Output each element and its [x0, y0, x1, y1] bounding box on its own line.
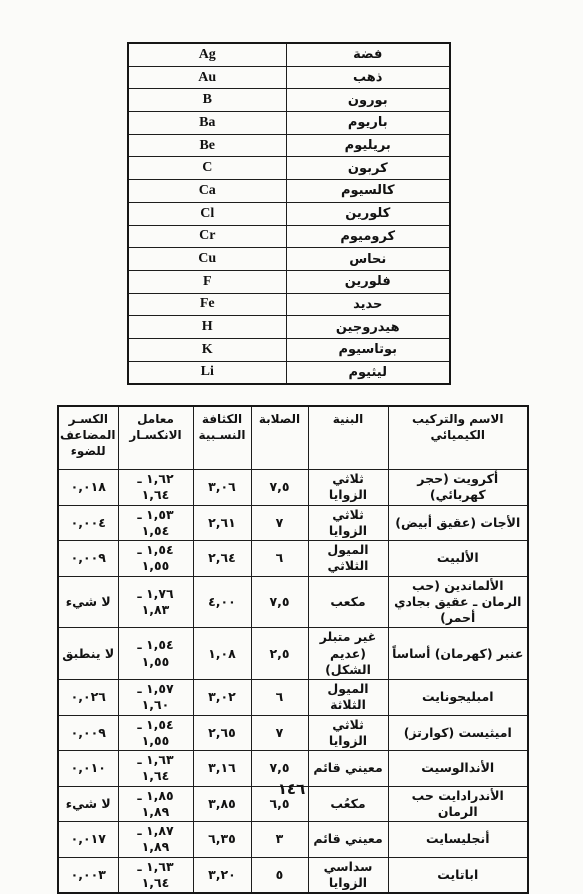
mineral-structure: ثلاثي الزوايا [308, 470, 388, 506]
element-symbol: Be [128, 134, 286, 157]
mineral-name: الأجات (عقيق أبيض) [388, 505, 528, 541]
element-row: Ag فضة [128, 43, 450, 66]
element-name-arabic: بريليوم [286, 134, 450, 157]
mineral-name: اباتايت [388, 857, 528, 893]
element-row: C كربون [128, 157, 450, 180]
element-symbol: Cr [128, 225, 286, 248]
mineral-density: ١,٠٨ [193, 628, 251, 680]
element-symbol: Ca [128, 180, 286, 203]
mineral-birefringence: لا ينطبق [58, 628, 118, 680]
element-name-arabic: كروميوم [286, 225, 450, 248]
mineral-density: ٤,٠٠ [193, 576, 251, 628]
element-row: Au ذهب [128, 66, 450, 89]
mineral-refractive-index: ١,٨٧ ـ ١,٨٩ [118, 822, 193, 858]
element-symbol: K [128, 338, 286, 361]
mineral-density: ٣,٠٢ [193, 680, 251, 716]
mineral-refractive-index: ١,٦٣ ـ ١,٦٤ [118, 857, 193, 893]
element-row: H هيدروجين [128, 316, 450, 339]
mineral-name: عنبر (كهرمان) أساساً [388, 628, 528, 680]
element-symbol: Li [128, 361, 286, 384]
elements-symbol-table: Ag فضة Au ذهب B بورون Ba باريوم Be بريلي… [127, 42, 451, 385]
mineral-hardness: ٦ [251, 680, 308, 716]
mineral-refractive-index: ١,٥٧ ـ ١,٦٠ [118, 680, 193, 716]
element-row: Ba باريوم [128, 112, 450, 135]
mineral-birefringence: لا شيء [58, 576, 118, 628]
mineral-row: اباتايت سداسي الزوايا ٥ ٣,٢٠ ١,٦٣ ـ ١,٦٤… [58, 857, 528, 893]
element-name-arabic: باريوم [286, 112, 450, 135]
element-row: K بوتاسيوم [128, 338, 450, 361]
mineral-row: أنجليسايت معيني قائم ٣ ٦,٣٥ ١,٨٧ ـ ١,٨٩ … [58, 822, 528, 858]
mineral-name: أكرويت (حجر كهربائي) [388, 470, 528, 506]
mineral-birefringence: ٠,٠٠٩ [58, 715, 118, 751]
mineral-structure: ثلاثي الزوايا [308, 715, 388, 751]
element-row: Cl كلورين [128, 202, 450, 225]
mineral-birefringence: ٠,٠١٧ [58, 822, 118, 858]
mineral-refractive-index: ١,٥٤ ـ ١,٥٥ [118, 628, 193, 680]
mineral-birefringence: ٠,٠٢٦ [58, 680, 118, 716]
element-name-arabic: فلورين [286, 270, 450, 293]
mineral-structure: مكعب [308, 576, 388, 628]
header-name: الاسم والتركيب الكيميائي [388, 406, 528, 470]
element-name-arabic: فضة [286, 43, 450, 66]
mineral-row: اميثيست (كوارتز) ثلاثي الزوايا ٧ ٢,٦٥ ١,… [58, 715, 528, 751]
element-symbol: Ag [128, 43, 286, 66]
element-row: B بورون [128, 89, 450, 112]
elements-table-body: Ag فضة Au ذهب B بورون Ba باريوم Be بريلي… [128, 43, 450, 384]
mineral-structure: الميول الثلاثة [308, 680, 388, 716]
mineral-density: ٢,٦٥ [193, 715, 251, 751]
mineral-refractive-index: ١,٥٣ ـ ١,٥٤ [118, 505, 193, 541]
mineral-name: اميثيست (كوارتز) [388, 715, 528, 751]
mineral-hardness: ٢,٥ [251, 628, 308, 680]
mineral-refractive-index: ١,٥٤ ـ ١,٥٥ [118, 541, 193, 577]
element-row: F فلورين [128, 270, 450, 293]
mineral-structure: الميول الثلاثي [308, 541, 388, 577]
element-row: Be بريليوم [128, 134, 450, 157]
element-name-arabic: حديد [286, 293, 450, 316]
minerals-header-row: الاسم والتركيب الكيميائي البنية الصلابة … [58, 406, 528, 470]
mineral-birefringence: ٠,٠١٨ [58, 470, 118, 506]
element-row: Fe حديد [128, 293, 450, 316]
mineral-row: أكرويت (حجر كهربائي) ثلاثي الزوايا ٧,٥ ٣… [58, 470, 528, 506]
mineral-row: الألماندين (حب الرمان ـ عقيق بجادي أحمر)… [58, 576, 528, 628]
mineral-hardness: ٥ [251, 857, 308, 893]
minerals-properties-table: الاسم والتركيب الكيميائي البنية الصلابة … [57, 405, 529, 894]
element-name-arabic: بورون [286, 89, 450, 112]
element-symbol: B [128, 89, 286, 112]
mineral-refractive-index: ١,٧٦ ـ ١,٨٣ [118, 576, 193, 628]
mineral-density: ٢,٦٤ [193, 541, 251, 577]
mineral-density: ٦,٣٥ [193, 822, 251, 858]
mineral-row: الألبيت الميول الثلاثي ٦ ٢,٦٤ ١,٥٤ ـ ١,٥… [58, 541, 528, 577]
element-name-arabic: كلورين [286, 202, 450, 225]
element-row: Li ليثيوم [128, 361, 450, 384]
mineral-hardness: ٣ [251, 822, 308, 858]
mineral-name: الألماندين (حب الرمان ـ عقيق بجادي أحمر) [388, 576, 528, 628]
element-symbol: Au [128, 66, 286, 89]
minerals-table-body: أكرويت (حجر كهربائي) ثلاثي الزوايا ٧,٥ ٣… [58, 470, 528, 894]
element-row: Ca كالسيوم [128, 180, 450, 203]
mineral-hardness: ٧,٥ [251, 576, 308, 628]
header-refractive-index: معامل الانكسـار [118, 406, 193, 470]
mineral-name: امبليجونايت [388, 680, 528, 716]
element-name-arabic: هيدروجين [286, 316, 450, 339]
element-row: Cu نحاس [128, 248, 450, 271]
mineral-refractive-index: ١,٥٤ ـ ١,٥٥ [118, 715, 193, 751]
element-name-arabic: نحاس [286, 248, 450, 271]
mineral-birefringence: ٠,٠٠٩ [58, 541, 118, 577]
mineral-name: أنجليسايت [388, 822, 528, 858]
mineral-structure: ثلاثي الزوايا [308, 505, 388, 541]
mineral-structure: سداسي الزوايا [308, 857, 388, 893]
mineral-hardness: ٧ [251, 505, 308, 541]
element-name-arabic: كالسيوم [286, 180, 450, 203]
element-symbol: C [128, 157, 286, 180]
header-birefringence: الكسـر المضاعف للضوء [58, 406, 118, 470]
element-symbol: Cl [128, 202, 286, 225]
mineral-density: ٣,٢٠ [193, 857, 251, 893]
page-number: ١٤٦ [0, 780, 583, 798]
mineral-row: امبليجونايت الميول الثلاثة ٦ ٣,٠٢ ١,٥٧ ـ… [58, 680, 528, 716]
element-symbol: Ba [128, 112, 286, 135]
element-name-arabic: ذهب [286, 66, 450, 89]
mineral-density: ٣,٠٦ [193, 470, 251, 506]
element-symbol: H [128, 316, 286, 339]
mineral-row: الأجات (عقيق أبيض) ثلاثي الزوايا ٧ ٢,٦١ … [58, 505, 528, 541]
element-name-arabic: كربون [286, 157, 450, 180]
mineral-refractive-index: ١,٦٢ ـ ١,٦٤ [118, 470, 193, 506]
header-density: الكثافة النسـبية [193, 406, 251, 470]
element-symbol: Fe [128, 293, 286, 316]
mineral-birefringence: ٠,٠٠٤ [58, 505, 118, 541]
element-symbol: Cu [128, 248, 286, 271]
mineral-row: عنبر (كهرمان) أساساً غير متبلر (عديم الش… [58, 628, 528, 680]
element-name-arabic: بوتاسيوم [286, 338, 450, 361]
mineral-birefringence: ٠,٠٠٣ [58, 857, 118, 893]
element-name-arabic: ليثيوم [286, 361, 450, 384]
mineral-hardness: ٦ [251, 541, 308, 577]
scanned-book-page: Ag فضة Au ذهب B بورون Ba باريوم Be بريلي… [0, 0, 583, 851]
header-hardness: الصلابة [251, 406, 308, 470]
element-row: Cr كروميوم [128, 225, 450, 248]
mineral-name: الألبيت [388, 541, 528, 577]
mineral-density: ٢,٦١ [193, 505, 251, 541]
header-structure: البنية [308, 406, 388, 470]
mineral-structure: معيني قائم [308, 822, 388, 858]
minerals-table-header: الاسم والتركيب الكيميائي البنية الصلابة … [58, 406, 528, 470]
mineral-hardness: ٧,٥ [251, 470, 308, 506]
mineral-structure: غير متبلر (عديم الشكل) [308, 628, 388, 680]
mineral-hardness: ٧ [251, 715, 308, 751]
element-symbol: F [128, 270, 286, 293]
